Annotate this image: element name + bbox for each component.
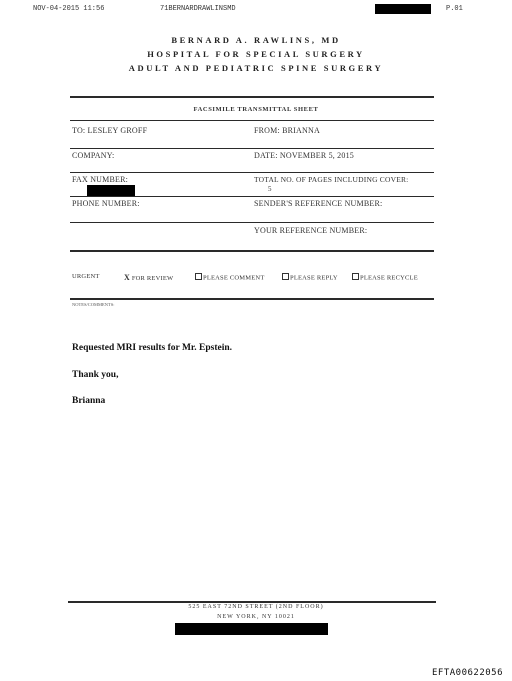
please-comment-option[interactable]: PLEASE COMMENT: [195, 273, 264, 282]
please-recycle-option[interactable]: PLEASE RECYCLE: [352, 273, 418, 282]
date-field: DATE: NOVEMBER 5, 2015: [254, 151, 354, 160]
letterhead-hospital: HOSPITAL FOR SPECIAL SURGERY: [0, 49, 512, 59]
pages-label: TOTAL NO. OF PAGES INCLUDING COVER:: [254, 175, 408, 184]
from-field: FROM: BRIANNA: [254, 126, 320, 135]
checkbox-icon: [282, 273, 289, 280]
for-review-option[interactable]: X FOR REVIEW: [124, 273, 173, 282]
date-value: NOVEMBER 5, 2015: [280, 151, 354, 160]
divider: [70, 96, 434, 98]
checked-x-mark: X: [124, 273, 130, 282]
fax-number-label: FAX NUMBER:: [72, 175, 128, 184]
redaction-bar: [375, 4, 431, 14]
letterhead-department: ADULT AND PEDIATRIC SPINE SURGERY: [0, 63, 512, 73]
divider: [70, 298, 434, 300]
message-signature: Brianna: [72, 396, 105, 406]
divider: [70, 120, 434, 121]
to-field: TO: LESLEY GROFF: [72, 126, 147, 135]
letterhead-name: BERNARD A. RAWLINS, MD: [0, 35, 512, 45]
footer-address-street: 525 EAST 72ND STREET (2ND FLOOR): [0, 604, 512, 610]
to-value: LESLEY GROFF: [88, 126, 148, 135]
message-closing: Thank you,: [72, 370, 118, 380]
your-reference-label: YOUR REFERENCE NUMBER:: [254, 226, 367, 235]
please-reply-option[interactable]: PLEASE REPLY: [282, 273, 338, 282]
company-label: COMPANY:: [72, 151, 114, 160]
from-label: FROM:: [254, 126, 280, 135]
fax-page-number: P.01: [446, 5, 463, 13]
phone-number-label: PHONE NUMBER:: [72, 199, 140, 208]
divider: [70, 196, 434, 197]
notes-label: NOTES/COMMENTS:: [72, 302, 115, 307]
fax-datetime: NOV-04-2015 11:56: [33, 5, 104, 13]
form-title: FACSIMILE TRANSMITTAL SHEET: [0, 106, 512, 113]
divider: [70, 172, 434, 173]
message-line: Requested MRI results for Mr. Epstein.: [72, 343, 232, 353]
divider: [70, 222, 434, 223]
divider: [70, 250, 434, 252]
checkbox-icon: [352, 273, 359, 280]
checkbox-icon: [195, 273, 202, 280]
divider: [70, 148, 434, 149]
date-label: DATE:: [254, 151, 278, 160]
pages-value: 5: [268, 185, 272, 193]
urgent-option[interactable]: URGENT: [72, 273, 100, 280]
divider: [68, 601, 436, 603]
to-label: TO:: [72, 126, 85, 135]
redaction-bar: [175, 623, 328, 635]
sender-reference-label: SENDER'S REFERENCE NUMBER:: [254, 199, 382, 208]
fax-sender-id: 71BERNARDRAWLINSMD: [160, 5, 236, 13]
document-id: EFTA00622056: [432, 668, 503, 678]
from-value: BRIANNA: [282, 126, 320, 135]
footer-address-city: NEW YORK, NY 10021: [0, 614, 512, 620]
